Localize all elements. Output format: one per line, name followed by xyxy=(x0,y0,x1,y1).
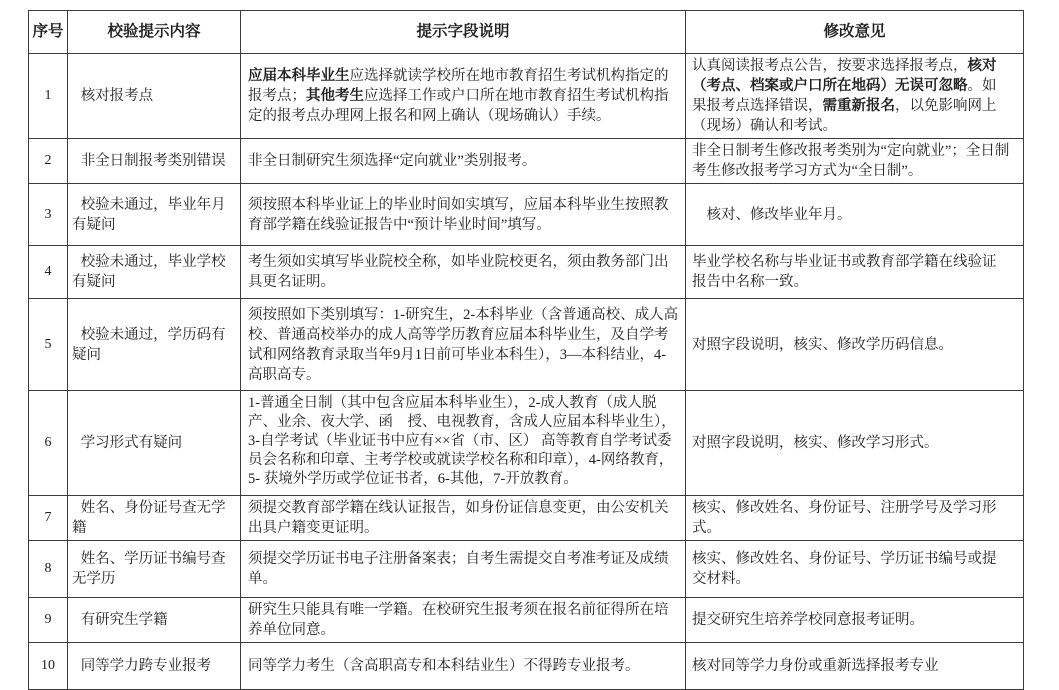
suggestion-cell: 提交研究生培养学校同意报考证明。 xyxy=(686,598,1024,643)
check-prompt-cell: 姓名、身份证号查无学籍 xyxy=(68,496,241,541)
check-prompt-cell: 同等学力跨专业报考 xyxy=(68,643,241,690)
table-row: 9 有研究生学籍 研究生只能具有唯一学籍。在校研究生报考须在报名前征得所在培养单… xyxy=(29,598,1024,643)
table-row: 1 核对报考点 应届本科毕业生应选择就读学校所在地市教育招生考试机构指定的报考点… xyxy=(29,54,1024,139)
check-prompt-cell: 核对报考点 xyxy=(68,54,241,139)
suggestion-cell: 核对同等学力身份或重新选择报考专业 xyxy=(686,643,1024,690)
column-header-check-prompt: 校验提示内容 xyxy=(68,11,241,54)
field-description-cell: 须提交学历证书电子注册备案表；自考生需提交自考准考证及成绩单。 xyxy=(241,541,686,598)
column-header-no: 序号 xyxy=(29,11,68,54)
suggestion-cell: 认真阅读报考点公告，按要求选择报考点，核对（考点、档案或户口所在地码）无误可忽略… xyxy=(686,54,1024,139)
table-row: 4 校验未通过，毕业学校有疑问 考生须如实填写毕业院校全称，如毕业院校更名，须由… xyxy=(29,246,1024,299)
check-prompt-cell: 校验未通过，毕业年月有疑问 xyxy=(68,184,241,246)
document-page: 序号 校验提示内容 提示字段说明 修改意见 1 核对报考点 应届本科毕业生应选择… xyxy=(0,0,1059,690)
row-number: 2 xyxy=(29,139,68,184)
field-description-cell: 同等学力考生（含高职高专和本科结业生）不得跨专业报考。 xyxy=(241,643,686,690)
row-number: 8 xyxy=(29,541,68,598)
table-row: 2 非全日制报考类别错误 非全日制研究生须选择“定向就业”类别报考。 非全日制考… xyxy=(29,139,1024,184)
row-number: 4 xyxy=(29,246,68,299)
row-number: 10 xyxy=(29,643,68,690)
suggestion-cell: 非全日制考生修改报考类别为“定向就业”；全日制考生修改报考学习方式为“全日制”。 xyxy=(686,139,1024,184)
suggestion-cell: 核实、修改姓名、身份证号、注册学号及学习形式。 xyxy=(686,496,1024,541)
field-description-cell: 须按照本科毕业证上的毕业时间如实填写，应届本科毕业生按照教育部学籍在线验证报告中… xyxy=(241,184,686,246)
table-row: 7 姓名、身份证号查无学籍 须提交教育部学籍在线认证报告，如身份证信息变更，由公… xyxy=(29,496,1024,541)
table-row: 5 校验未通过，学历码有疑问 须按照如下类别填写：1-研究生，2-本科毕业（含普… xyxy=(29,299,1024,391)
column-header-suggestion: 修改意见 xyxy=(686,11,1024,54)
row-number: 7 xyxy=(29,496,68,541)
field-description-cell: 1-普通全日制（其中包含应届本科毕业生），2-成人教育（成人脱产、业余、夜大学、… xyxy=(241,391,686,496)
check-prompt-cell: 姓名、学历证书编号查无学历 xyxy=(68,541,241,598)
row-number: 3 xyxy=(29,184,68,246)
verification-table: 序号 校验提示内容 提示字段说明 修改意见 1 核对报考点 应届本科毕业生应选择… xyxy=(28,10,1024,690)
check-prompt-cell: 非全日制报考类别错误 xyxy=(68,139,241,184)
header-row: 序号 校验提示内容 提示字段说明 修改意见 xyxy=(29,11,1024,54)
suggestion-cell: 对照字段说明，核实、修改学历码信息。 xyxy=(686,299,1024,391)
field-description-cell: 非全日制研究生须选择“定向就业”类别报考。 xyxy=(241,139,686,184)
field-description-cell: 须提交教育部学籍在线认证报告，如身份证信息变更，由公安机关出具户籍变更证明。 xyxy=(241,496,686,541)
table-row: 10 同等学力跨专业报考 同等学力考生（含高职高专和本科结业生）不得跨专业报考。… xyxy=(29,643,1024,690)
column-header-field-description: 提示字段说明 xyxy=(241,11,686,54)
check-prompt-cell: 校验未通过，毕业学校有疑问 xyxy=(68,246,241,299)
field-description-cell: 应届本科毕业生应选择就读学校所在地市教育招生考试机构指定的报考点；其他考生应选择… xyxy=(241,54,686,139)
suggestion-cell: 核对、修改毕业年月。 xyxy=(686,184,1024,246)
check-prompt-cell: 学习形式有疑问 xyxy=(68,391,241,496)
table-row: 3 校验未通过，毕业年月有疑问 须按照本科毕业证上的毕业时间如实填写，应届本科毕… xyxy=(29,184,1024,246)
field-description-cell: 考生须如实填写毕业院校全称，如毕业院校更名，须由教务部门出具更名证明。 xyxy=(241,246,686,299)
field-description-cell: 研究生只能具有唯一学籍。在校研究生报考须在报名前征得所在培养单位同意。 xyxy=(241,598,686,643)
check-prompt-cell: 校验未通过，学历码有疑问 xyxy=(68,299,241,391)
suggestion-cell: 毕业学校名称与毕业证书或教育部学籍在线验证报告中名称一致。 xyxy=(686,246,1024,299)
suggestion-cell: 对照字段说明，核实、修改学习形式。 xyxy=(686,391,1024,496)
table-row: 8 姓名、学历证书编号查无学历 须提交学历证书电子注册备案表；自考生需提交自考准… xyxy=(29,541,1024,598)
suggestion-cell: 核实、修改姓名、身份证号、学历证书编号或提交材料。 xyxy=(686,541,1024,598)
row-number: 6 xyxy=(29,391,68,496)
field-description-cell: 须按照如下类别填写：1-研究生，2-本科毕业（含普通高校、成人高校、普通高校举办… xyxy=(241,299,686,391)
row-number: 9 xyxy=(29,598,68,643)
row-number: 1 xyxy=(29,54,68,139)
check-prompt-cell: 有研究生学籍 xyxy=(68,598,241,643)
row-number: 5 xyxy=(29,299,68,391)
table-row: 6 学习形式有疑问 1-普通全日制（其中包含应届本科毕业生），2-成人教育（成人… xyxy=(29,391,1024,496)
